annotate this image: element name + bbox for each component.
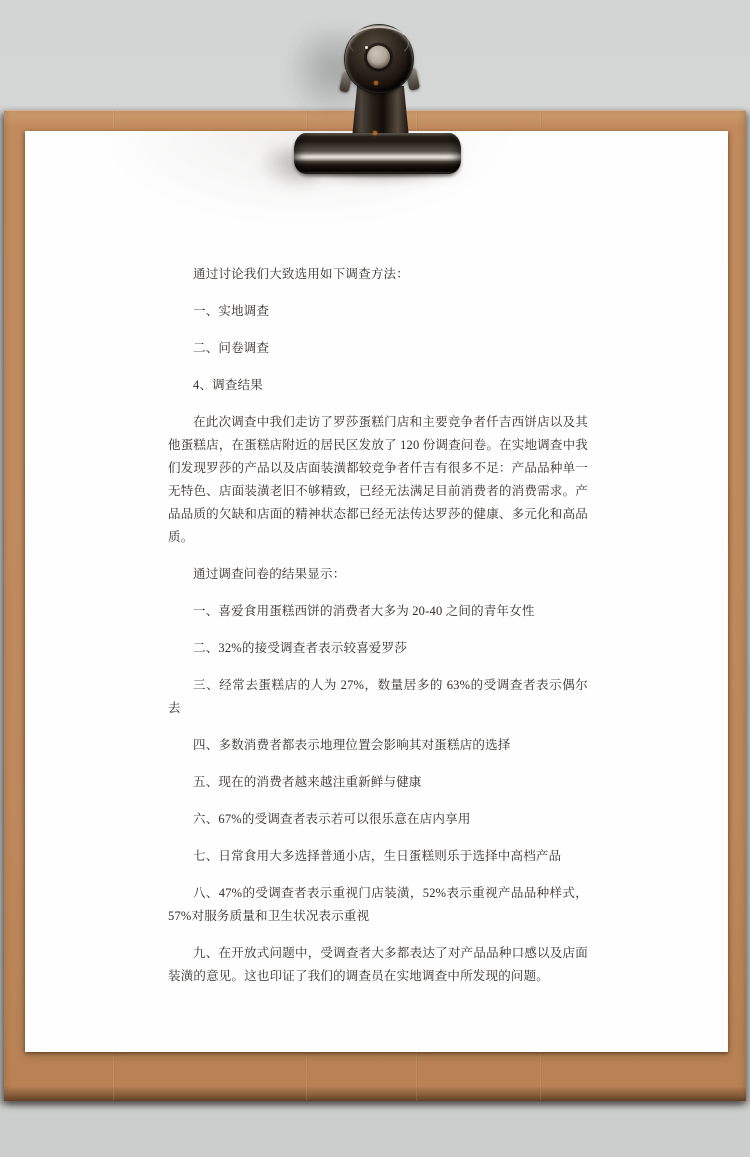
clip-jaw-bar: [294, 133, 461, 174]
doc-paragraph: 二、问卷调查: [168, 337, 588, 360]
clip-neck: [352, 86, 409, 138]
doc-paragraph: 六、67%的受调查者表示若可以很乐意在店内享用: [168, 808, 588, 831]
doc-paragraph: 九、在开放式问题中，受调查者大多都表达了对产品品种口感以及店面装潢的意见。这也印…: [168, 942, 588, 988]
doc-paragraph: 八、47%的受调查者表示重视门店装潢，52%表示重视产品品种样式，57%对服务质…: [168, 882, 588, 928]
doc-paragraph: 通过调查问卷的结果显示：: [168, 563, 588, 586]
paper-sheet: 通过讨论我们大致选用如下调查方法： 一、实地调查 二、问卷调查 4、调查结果 在…: [25, 131, 728, 1052]
doc-paragraph: 三、经常去蛋糕店的人为 27%，数量居多的 63%的受调查者表示偶尔去: [168, 674, 588, 720]
clip-reflection-dot: [373, 131, 377, 135]
document-body: 通过讨论我们大致选用如下调查方法： 一、实地调查 二、问卷调查 4、调查结果 在…: [25, 131, 728, 988]
doc-paragraph: 通过讨论我们大致选用如下调查方法：: [168, 263, 588, 286]
clip-reflection-dot: [374, 81, 378, 85]
clip-hole: [367, 46, 390, 69]
clip-reflection-dot: [365, 46, 368, 49]
doc-paragraph: 在此次调查中我们走访了罗莎蛋糕门店和主要竞争者仟吉西饼店以及其他蛋糕店，在蛋糕店…: [168, 411, 588, 549]
doc-paragraph: 一、喜爱食用蛋糕西饼的消费者大多为 20-40 之间的青年女性: [168, 600, 588, 623]
doc-paragraph: 五、现在的消费者越来越注重新鲜与健康: [168, 771, 588, 794]
doc-paragraph: 七、日常食用大多选择普通小店，生日蛋糕则乐于选择中高档产品: [168, 845, 588, 868]
doc-paragraph: 一、实地调查: [168, 300, 588, 323]
doc-paragraph: 四、多数消费者都表示地理位置会影响其对蛋糕店的选择: [168, 734, 588, 757]
clip-spring-knob: [345, 25, 413, 93]
doc-paragraph: 二、32%的接受调查者表示较喜爱罗莎: [168, 637, 588, 660]
doc-paragraph: 4、调查结果: [168, 374, 588, 397]
